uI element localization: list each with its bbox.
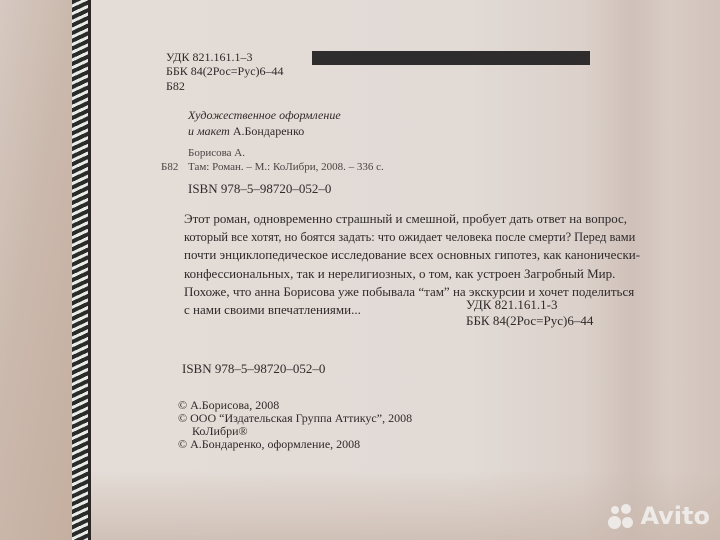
udk-right: УДК 821.161.1-3: [466, 297, 558, 313]
table-surface: [0, 0, 80, 540]
abstract-line: конфессиональных, так и нерелигиозных, о…: [184, 265, 604, 283]
bibliographic-line: Там: Роман. – М.: КоЛибри, 2008. – 336 с…: [188, 160, 384, 174]
udk-top: УДК 821.161.1–3: [166, 50, 252, 64]
bbk-top: ББК 84(2Рос=Рус)6–44: [166, 64, 284, 78]
copyright-author: © А.Борисова, 2008: [178, 398, 279, 412]
spiral-binding: [72, 0, 91, 540]
redaction-bar: [312, 51, 590, 65]
avito-watermark: Avito: [608, 502, 710, 530]
isbn-bottom: ISBN 978–5–98720–052–0: [182, 361, 325, 377]
copyright-design: © А.Бондаренко, оформление, 2008: [178, 437, 360, 451]
avito-dots-icon: [608, 503, 636, 529]
author-mark-top: Б82: [166, 79, 185, 93]
copyright-publisher: © ООО “Издательская Группа Аттикус”, 200…: [178, 411, 412, 425]
abstract-line: почти энциклопедическое исследование все…: [184, 246, 604, 264]
design-credit-name: А.Бондаренко: [233, 124, 304, 138]
abstract-line: который все хотят, но боятся задать: что…: [184, 228, 604, 246]
author-name: Борисова А.: [188, 146, 245, 160]
author-mark: Б82: [161, 160, 178, 174]
isbn-top: ISBN 978–5–98720–052–0: [188, 181, 331, 197]
copyright-imprint: КоЛибри®: [192, 424, 248, 438]
abstract-line: Этот роман, одновременно страшный и смеш…: [184, 210, 604, 228]
bbk-right: ББК 84(2Рос=Рус)6–44: [466, 313, 593, 329]
design-credit-line2: и макет А.Бондаренко: [188, 124, 304, 138]
avito-text: Avito: [640, 502, 710, 530]
design-credit-line1: Художественное оформление: [188, 108, 341, 122]
design-credit-prefix: и макет: [188, 124, 230, 138]
